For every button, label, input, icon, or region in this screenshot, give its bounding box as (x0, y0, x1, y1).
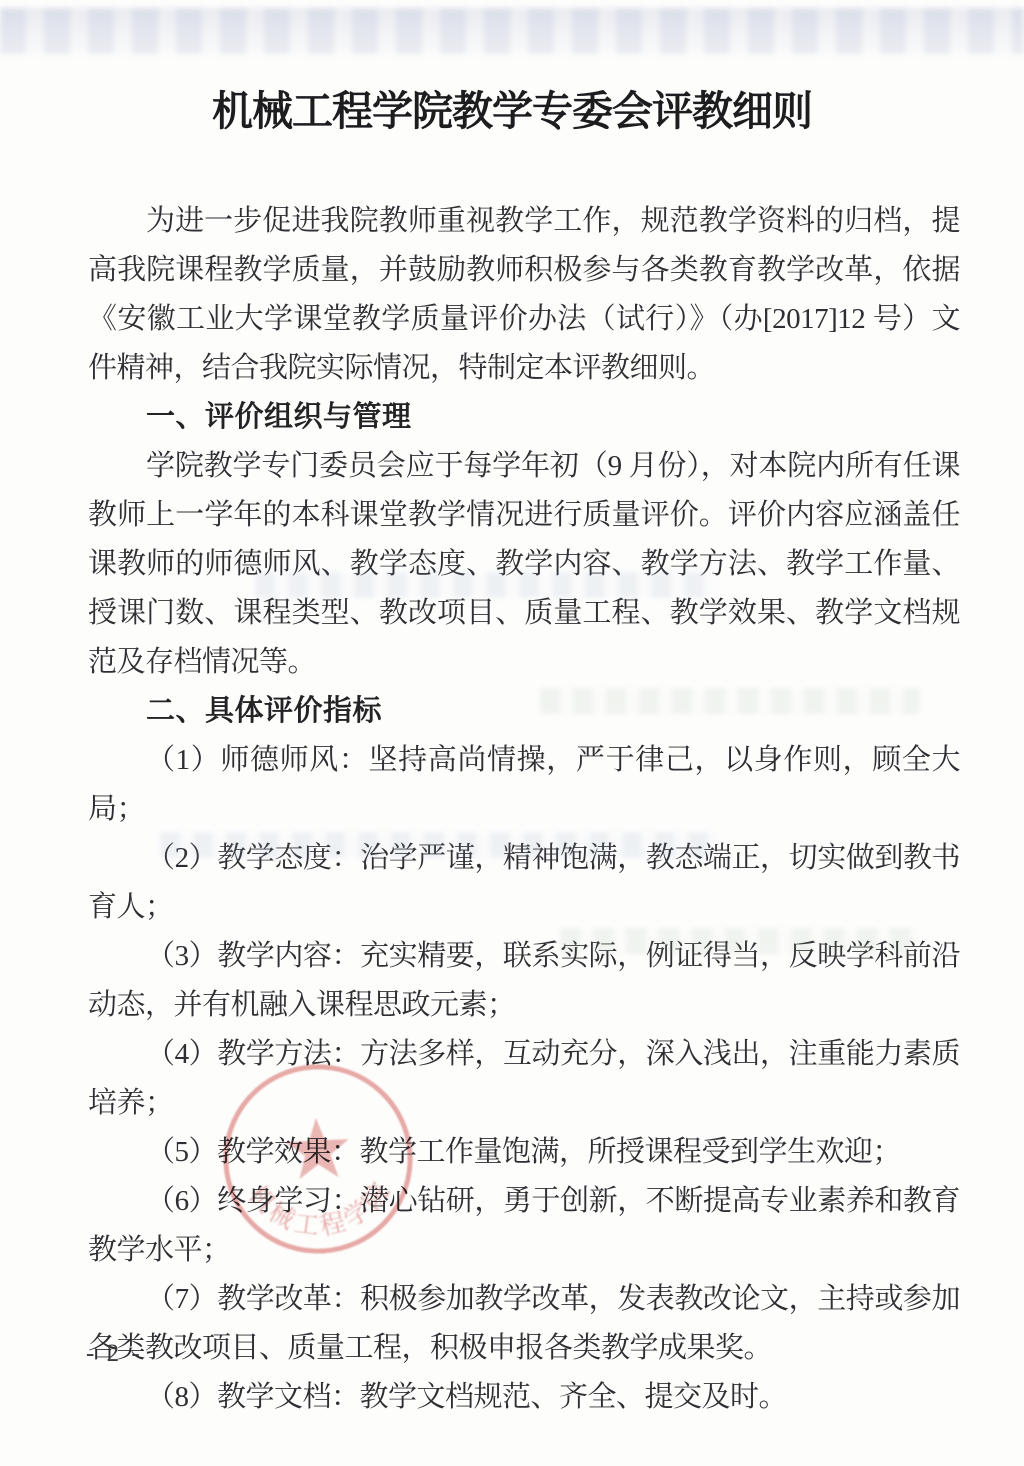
bleed-through-artifact (255, 572, 715, 598)
page-number: - 2 - (86, 1340, 143, 1368)
section1-heading: 一、评价组织与管理 (88, 393, 960, 442)
evaluation-item-7: （7）教学改革：积极参加教学改革，发表教改论文，主持或参加各类教改项目、质量工程… (88, 1275, 960, 1373)
document-title: 机械工程学院教学专委会评教细则 (0, 78, 1024, 137)
document-body: 为进一步促进我院教师重视教学工作，规范教学资料的归档，提高我院课程教学质量，并鼓… (88, 197, 960, 1422)
evaluation-item-8: （8）教学文档：教学文档规范、齐全、提交及时。 (88, 1373, 960, 1422)
official-red-stamp: 机械工程学院 (215, 1055, 421, 1263)
bleed-through-artifact (160, 832, 720, 858)
scan-bleed-band (0, 8, 1024, 54)
stamp-graphic: 机械工程学院 (215, 1055, 421, 1263)
bleed-through-artifact (540, 688, 920, 714)
section1-paragraph: 学院教学专门委员会应于每学年初（9 月份），对本院内所有任课教师上一学年的本科课… (88, 442, 960, 687)
evaluation-item-1: （1）师德师风：坚持高尚情操，严于律己，以身作则，顾全大局； (88, 736, 960, 834)
bleed-through-artifact (560, 928, 920, 954)
star-icon (284, 1116, 350, 1180)
intro-paragraph: 为进一步促进我院教师重视教学工作，规范教学资料的归档，提高我院课程教学质量，并鼓… (88, 197, 960, 393)
scanned-document-page: 机械工程学院教学专委会评教细则 为进一步促进我院教师重视教学工作，规范教学资料的… (0, 0, 1024, 1466)
evaluation-item-6: （6）终身学习：潜心钻研，勇于创新，不断提高专业素养和教育教学水平； (88, 1177, 960, 1275)
